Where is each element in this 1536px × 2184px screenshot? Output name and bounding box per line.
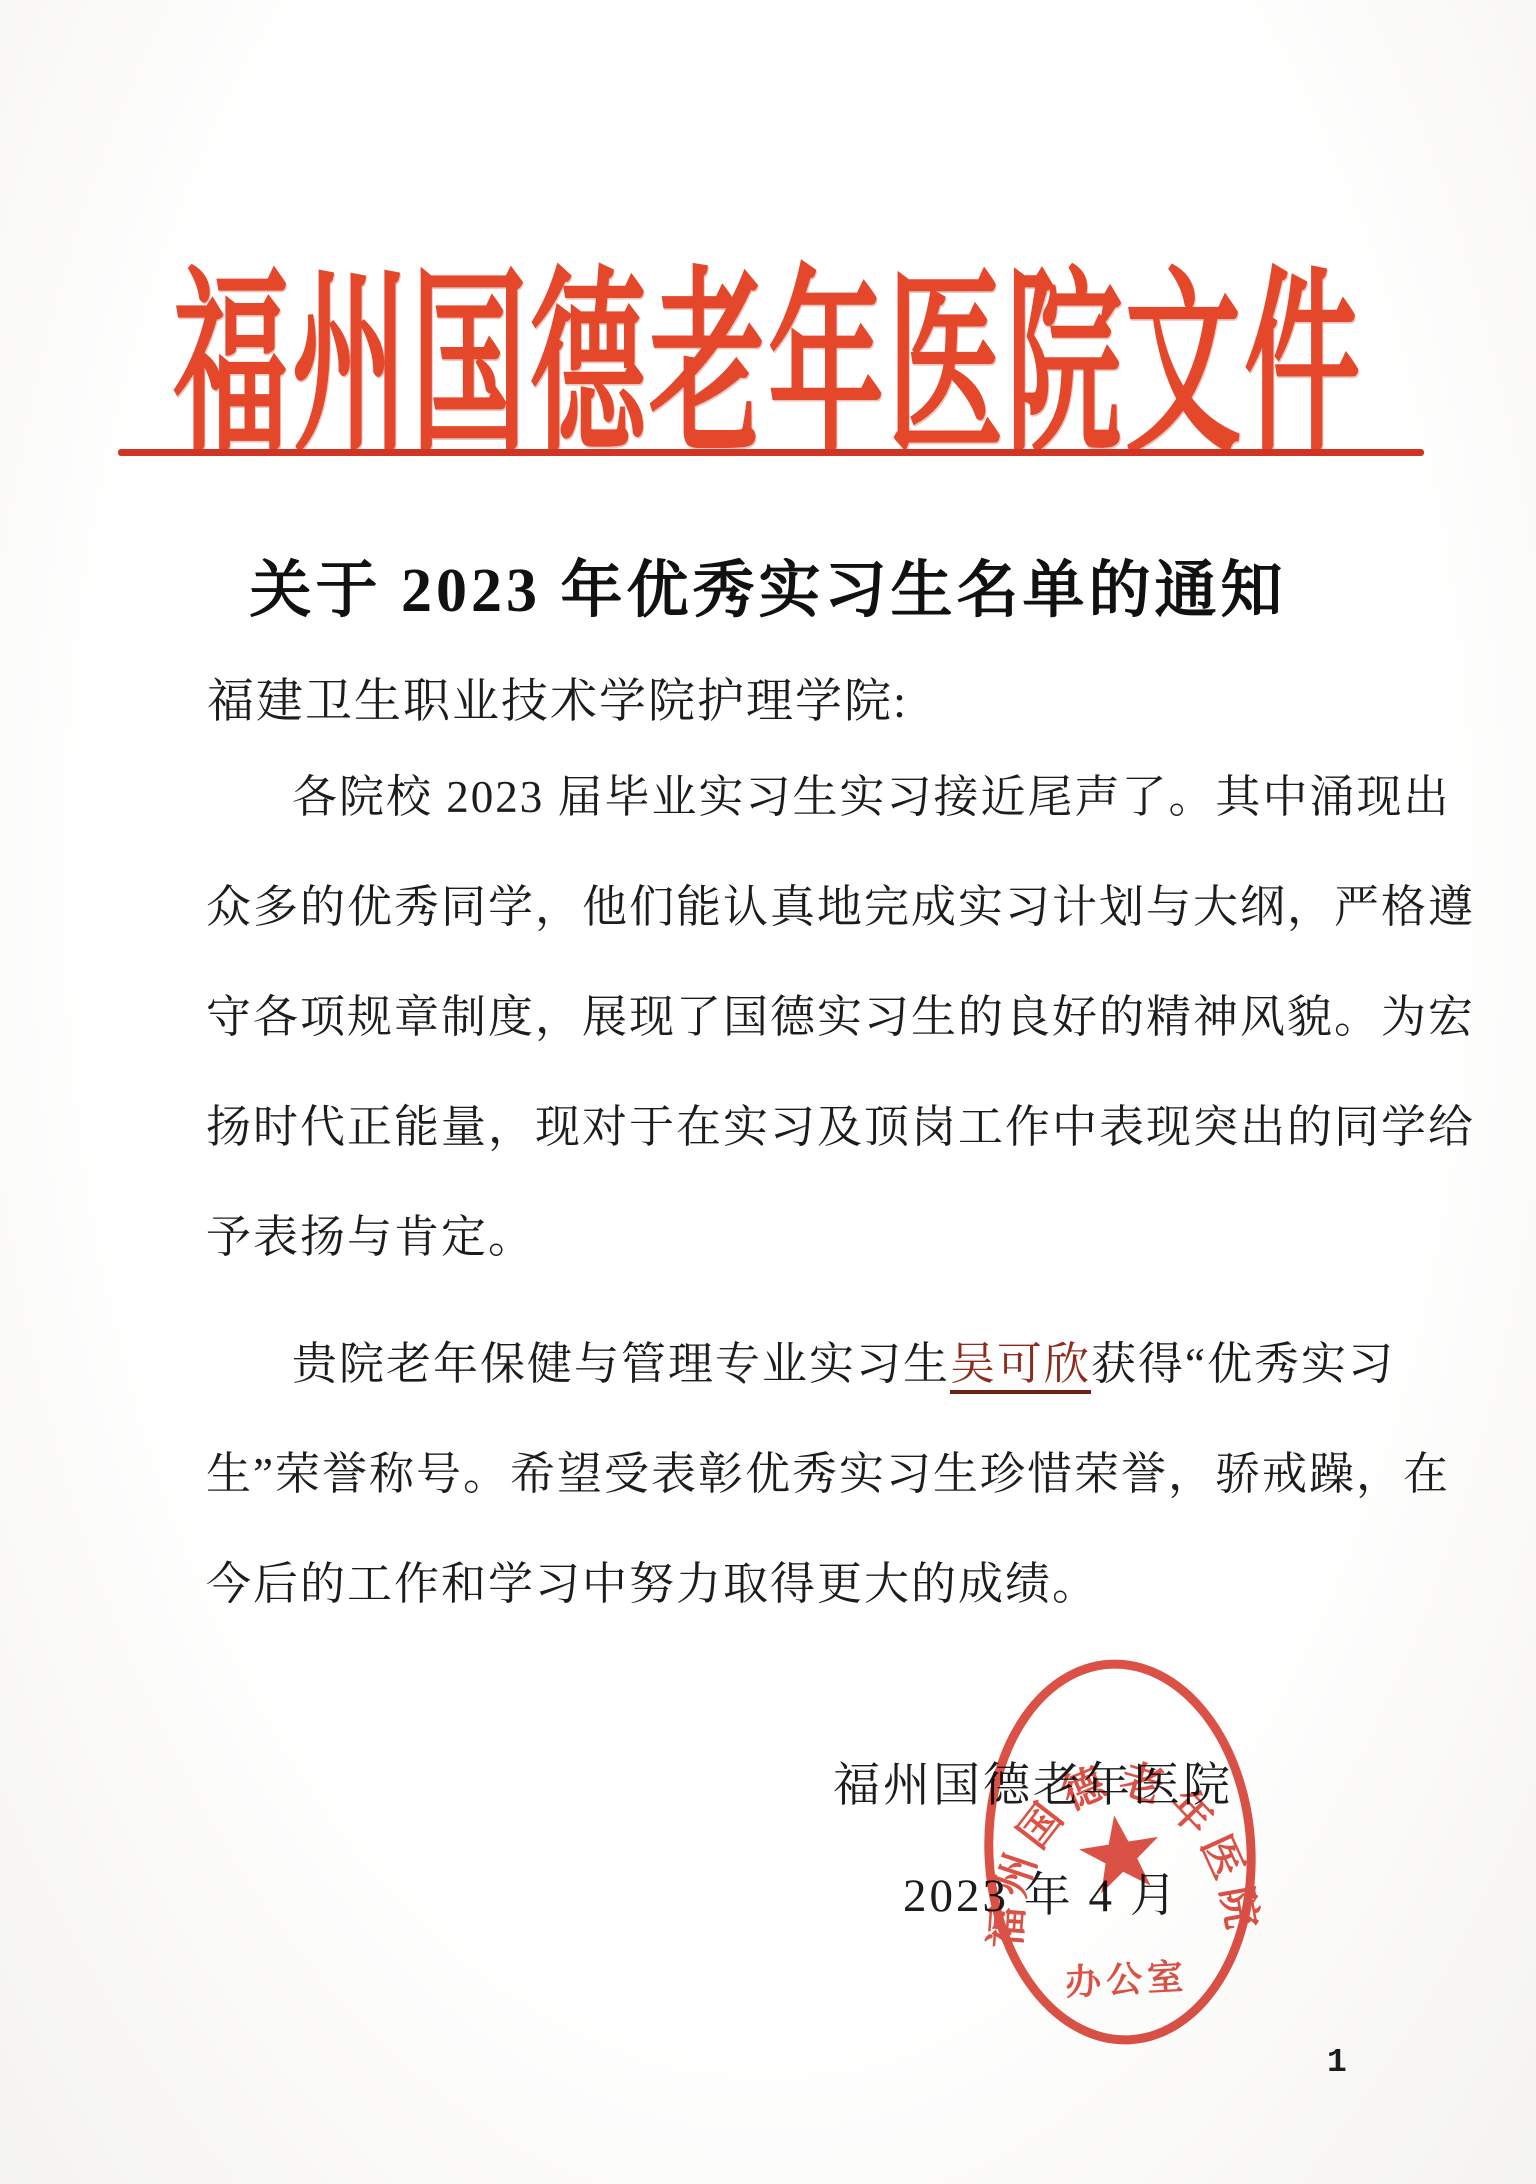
paragraph2-line2: 生”荣誉称号。希望受表彰优秀实习生珍惜荣誉，骄戒躁，在 bbox=[206, 1419, 1396, 1529]
paragraph1-line3: 守各项规章制度，展现了国德实习生的良好的精神风貌。为宏 bbox=[206, 962, 1396, 1072]
paragraph2-line1-after: 获得“优秀实习 bbox=[1091, 1339, 1395, 1389]
letterhead-rule bbox=[118, 449, 1424, 456]
letterhead: 福州国德老年医院文件 bbox=[0, 205, 1536, 372]
document-title: 关于 2023 年优秀实习生名单的通知 bbox=[0, 540, 1536, 629]
student-name: 吴可欣 bbox=[950, 1339, 1091, 1394]
salutation: 福建卫生职业技术学院护理学院: bbox=[207, 664, 908, 731]
page-number: 1 bbox=[1327, 2044, 1347, 2081]
paragraph1-line1: 各院校 2023 届毕业实习生实习接近尾声了。其中涌现出 bbox=[206, 742, 1396, 852]
official-seal: 福州国德老年医院 办公室 bbox=[970, 1648, 1270, 2057]
seal-bottom-text: 办公室 bbox=[1064, 1957, 1189, 2003]
paragraph1-line2: 众多的优秀同学，他们能认真地完成实习计划与大纲，严格遵 bbox=[206, 852, 1396, 962]
paragraph2-line1-before: 贵院老年保健与管理专业实习生 bbox=[292, 1339, 950, 1389]
paragraph1-line5: 予表扬与肯定。 bbox=[206, 1182, 1396, 1292]
paragraph1-line4: 扬时代正能量，现对于在实习及顶岗工作中表现突出的同学给 bbox=[206, 1072, 1396, 1182]
document-page: 福州国德老年医院文件 关于 2023 年优秀实习生名单的通知 福建卫生职业技术学… bbox=[0, 0, 1536, 2184]
paragraph2-line3: 今后的工作和学习中努力取得更大的成绩。 bbox=[206, 1529, 1396, 1639]
paragraph2-line1: 贵院老年保健与管理专业实习生吴可欣获得“优秀实习 bbox=[206, 1309, 1396, 1419]
document-body: 各院校 2023 届毕业实习生实习接近尾声了。其中涌现出 众多的优秀同学，他们能… bbox=[206, 742, 1396, 1639]
seal-star-icon bbox=[1075, 1809, 1166, 1896]
